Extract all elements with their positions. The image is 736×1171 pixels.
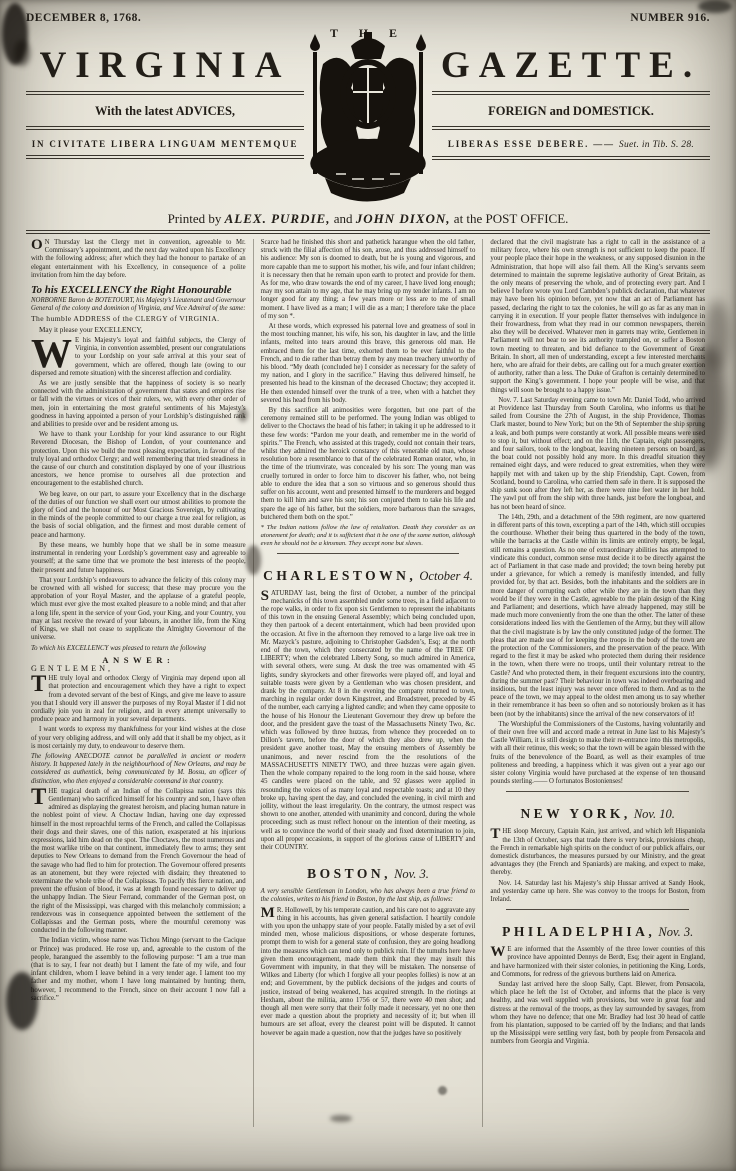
advices-right-label: FOREIGN and DOMESTICK.	[432, 104, 710, 119]
advices-left-label: With the latest ADVICES,	[26, 104, 304, 119]
masthead-top-row: DECEMBER 8, 1768. NUMBER 916.	[26, 12, 710, 24]
drop-cap: W	[31, 337, 72, 369]
section-name: PHILADELPHIA,	[502, 924, 655, 939]
answer-intro: To which his EXCELLENCY was pleased to r…	[31, 645, 246, 653]
boston-heading: BOSTON, Nov. 3.	[261, 858, 476, 885]
address-salutation: May it please your EXCELLENCY,	[31, 326, 246, 335]
column-2: Scarce had he finished this short and pa…	[253, 239, 483, 1127]
address-recipient: NORBORNE Baron de BOTETOURT, his Majesty…	[31, 297, 246, 313]
drop-cap: O	[31, 239, 43, 252]
section-name: BOSTON,	[307, 866, 391, 881]
address-heading: To his EXCELLENCY the Right Honourable	[31, 284, 246, 296]
title-gazette: GAZETTE.	[432, 46, 710, 86]
clergy-address-para: We have to thank your Lordship for your …	[31, 431, 246, 488]
royal-coat-of-arms-icon	[306, 26, 430, 208]
latin-motto-right: LIBERAS ESSE DEBERE. —— Suet. in Tib. S.…	[432, 139, 710, 150]
masthead-left-block: VIRGINIA With the latest ADVICES, IN CIV…	[26, 24, 304, 206]
issue-date: DECEMBER 8, 1768.	[26, 12, 141, 24]
section-date: October 4.	[416, 569, 473, 583]
clergy-convention-intro: ON Thursday last the Clergy met in conve…	[31, 239, 246, 280]
newspaper-page: DECEMBER 8, 1768. NUMBER 916. T H E VIRG…	[0, 0, 736, 1171]
drop-cap: T	[31, 788, 46, 806]
address-title: The humble ADDRESS of the CLERGY of VIRG…	[31, 315, 246, 324]
anecdote-intro: The following ANECDOTE cannot be paralle…	[31, 753, 246, 786]
double-rule	[432, 91, 710, 95]
section-date: Nov. 3.	[391, 867, 429, 881]
charlestown-heading: CHARLESTOWN, October 4.	[261, 560, 476, 587]
governor-answer-para: THE truly loyal and orthodox Clergy of V…	[31, 675, 246, 724]
section-rule	[506, 791, 689, 792]
philadelphia-para: WE are informed that the Assembly of the…	[490, 946, 705, 979]
clergy-address-para: WE his Majesty’s loyal and faithful subj…	[31, 337, 246, 378]
clergy-address-para: As we are justly sensible that the happi…	[31, 380, 246, 429]
imprint-line: Printed by ALEX. PURDIE, and JOHN DIXON,…	[26, 211, 710, 227]
philadelphia-heading: PHILADELPHIA, Nov. 3.	[490, 916, 705, 943]
imprint-pre: Printed by	[168, 211, 225, 226]
double-rule	[432, 156, 710, 160]
charlestown-para: SATURDAY last, being the first of Octobe…	[261, 590, 476, 853]
boston-troops-para: The 14th, 29th, and a detachment of the …	[490, 514, 705, 719]
anecdote-continued-para: By this sacrifice all animosities were f…	[261, 407, 476, 522]
answer-heading: ANSWER:	[31, 656, 246, 665]
section-name: NEW YORK,	[520, 806, 630, 821]
clergy-address-para: That your Lordship’s endeavours to advan…	[31, 577, 246, 643]
crest-container	[304, 26, 432, 208]
drop-cap: T	[490, 828, 500, 841]
motto-text: LIBERAS ESSE DEBERE. ——	[448, 139, 615, 149]
latin-motto-left: IN CIVITATE LIBERA LINGUAM MENTEMQUE	[26, 139, 304, 149]
anecdote-para: THE tragical death of an Indian of the C…	[31, 788, 246, 936]
column-3: declared that the civil magistrate has a…	[482, 239, 712, 1127]
section-date: Nov. 3.	[655, 925, 693, 939]
newyork-para: THE sloop Mercury, Captain Kain, just ar…	[490, 828, 705, 877]
double-rule	[26, 126, 304, 130]
masthead-right-block: GAZETTE. FOREIGN and DOMESTICK. LIBERAS …	[432, 24, 710, 206]
governor-answer-para: I want words to express my thankfulness …	[31, 726, 246, 751]
column-1: ON Thursday last the Clergy met in conve…	[24, 239, 253, 1127]
drop-cap: S	[261, 590, 269, 603]
anecdote-continued-para: At these words, which expressed his pate…	[261, 323, 476, 405]
double-rule	[432, 126, 710, 130]
article-columns: ON Thursday last the Clergy met in conve…	[0, 234, 736, 1127]
drop-cap: M	[261, 907, 275, 920]
masthead-main: VIRGINIA With the latest ADVICES, IN CIV…	[26, 24, 710, 206]
drop-cap: W	[490, 946, 505, 959]
philadelphia-sloop-para: Sunday last arrived here the sloop Sally…	[490, 981, 705, 1047]
newyork-heading: NEW YORK, Nov. 10.	[490, 798, 705, 825]
section-name: CHARLESTOWN,	[263, 568, 416, 583]
retaliation-footnote: * The Indian nations follow the law of r…	[261, 524, 476, 548]
anecdote-para: The Indian victim, whose name was Tichou…	[31, 937, 246, 1003]
newyork-nov14-para: Nov. 14. Saturday last his Majesty’s shi…	[490, 880, 705, 905]
title-virginia: VIRGINIA	[26, 46, 304, 86]
masthead: DECEMBER 8, 1768. NUMBER 916. T H E VIRG…	[0, 0, 736, 227]
imprint-post: at the POST OFFICE.	[451, 211, 569, 226]
boston-letter-para: MR. Hollowell, by his temperate caution,…	[261, 907, 476, 1038]
boston-letter-intro: A very sensible Gentleman in London, who…	[261, 888, 476, 904]
motto-citation: Suet. in Tib. S. 28.	[619, 140, 694, 150]
printer-purdie: ALEX. PURDIE,	[225, 211, 331, 226]
section-rule	[506, 909, 689, 910]
imprint-mid: and	[330, 211, 355, 226]
boston-nov7-para: Nov. 7. Last Saturday evening came to to…	[490, 397, 705, 512]
printer-dixon: JOHN DIXON,	[356, 211, 451, 226]
issue-number: NUMBER 916.	[630, 12, 710, 24]
section-date: Nov. 10.	[631, 807, 675, 821]
boston-letter-continued: declared that the civil magistrate has a…	[490, 239, 705, 395]
clergy-address-para: We beg leave, on our part, to assure you…	[31, 491, 246, 540]
section-rule	[277, 553, 460, 554]
clergy-address-para: By these means, we humbly hope that we s…	[31, 542, 246, 575]
double-rule	[26, 155, 304, 159]
double-rule	[26, 91, 304, 95]
answer-salutation: GENTLEMEN,	[31, 665, 246, 674]
anecdote-continued-para: Scarce had he finished this short and pa…	[261, 239, 476, 321]
drop-cap: T	[31, 675, 46, 693]
boston-customs-para: The Worshipful the Commissioners of the …	[490, 721, 705, 787]
